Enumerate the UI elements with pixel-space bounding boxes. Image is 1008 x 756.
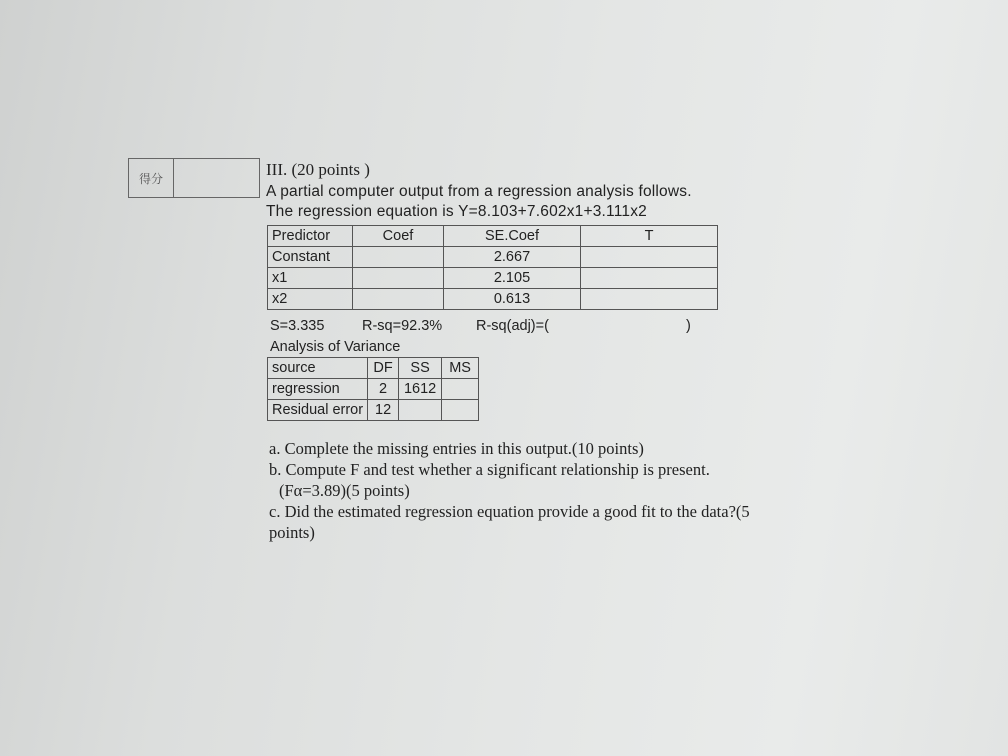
section-description: A partial computer output from a regress…: [266, 182, 692, 222]
header-cell: SS: [399, 358, 442, 379]
anova-title: Analysis of Variance: [270, 339, 400, 355]
table-cell: Residual error: [268, 400, 368, 421]
table-cell: [581, 268, 718, 289]
table-cell: 1612: [399, 379, 442, 400]
exam-page: 得分 III. (20 points ) A partial computer …: [0, 0, 1008, 756]
table-cell: 2.105: [444, 268, 581, 289]
table-cell: [353, 247, 444, 268]
table-cell: [353, 268, 444, 289]
header-cell: source: [268, 358, 368, 379]
question-b-continuation: (Fα=3.89)(5 points): [269, 480, 889, 501]
table-row: regression 2 1612: [268, 379, 479, 400]
anova-table: source DF SS MS regression 2 1612 Residu…: [267, 357, 479, 421]
score-label: 得分: [129, 159, 174, 197]
question-list: a. Complete the missing entries in this …: [269, 438, 889, 543]
table-cell: [581, 289, 718, 310]
header-cell: DF: [368, 358, 399, 379]
regression-equation: The regression equation is Y=8.103+7.602…: [266, 202, 692, 222]
table-header-row: Predictor Coef SE.Coef T: [268, 226, 718, 247]
table-cell: [399, 400, 442, 421]
table-cell: Constant: [268, 247, 353, 268]
table-cell: 2.667: [444, 247, 581, 268]
header-cell: MS: [442, 358, 479, 379]
score-box: 得分: [128, 158, 260, 198]
question-a: a. Complete the missing entries in this …: [269, 438, 889, 459]
table-row: x2 0.613: [268, 289, 718, 310]
table-cell: [581, 247, 718, 268]
score-field[interactable]: [174, 159, 259, 197]
table-cell: [442, 400, 479, 421]
r-squared: R-sq=92.3%: [362, 318, 476, 334]
fit-statistics: S=3.335 R-sq=92.3% R-sq(adj)=( ): [270, 318, 691, 334]
table-cell: 2: [368, 379, 399, 400]
intro-text: A partial computer output from a regress…: [266, 182, 692, 202]
table-cell: regression: [268, 379, 368, 400]
table-cell: 12: [368, 400, 399, 421]
r-squared-adjusted: R-sq(adj)=(: [476, 318, 686, 334]
table-row: Residual error 12: [268, 400, 479, 421]
question-c: c. Did the estimated regression equation…: [269, 501, 889, 522]
table-cell: x1: [268, 268, 353, 289]
header-cell: Coef: [353, 226, 444, 247]
coefficient-table: Predictor Coef SE.Coef T Constant 2.667 …: [267, 225, 718, 310]
table-cell: x2: [268, 289, 353, 310]
header-cell: Predictor: [268, 226, 353, 247]
std-error-of-estimate: S=3.335: [270, 318, 362, 334]
question-c-continuation: points): [269, 522, 889, 543]
table-row: Constant 2.667: [268, 247, 718, 268]
header-cell: SE.Coef: [444, 226, 581, 247]
table-cell: 0.613: [444, 289, 581, 310]
header-cell: T: [581, 226, 718, 247]
r-squared-adjusted-close: ): [686, 318, 691, 334]
table-header-row: source DF SS MS: [268, 358, 479, 379]
table-cell: [442, 379, 479, 400]
table-cell: [353, 289, 444, 310]
table-row: x1 2.105: [268, 268, 718, 289]
question-b: b. Compute F and test whether a signific…: [269, 459, 889, 480]
section-heading: III. (20 points ): [266, 160, 370, 180]
